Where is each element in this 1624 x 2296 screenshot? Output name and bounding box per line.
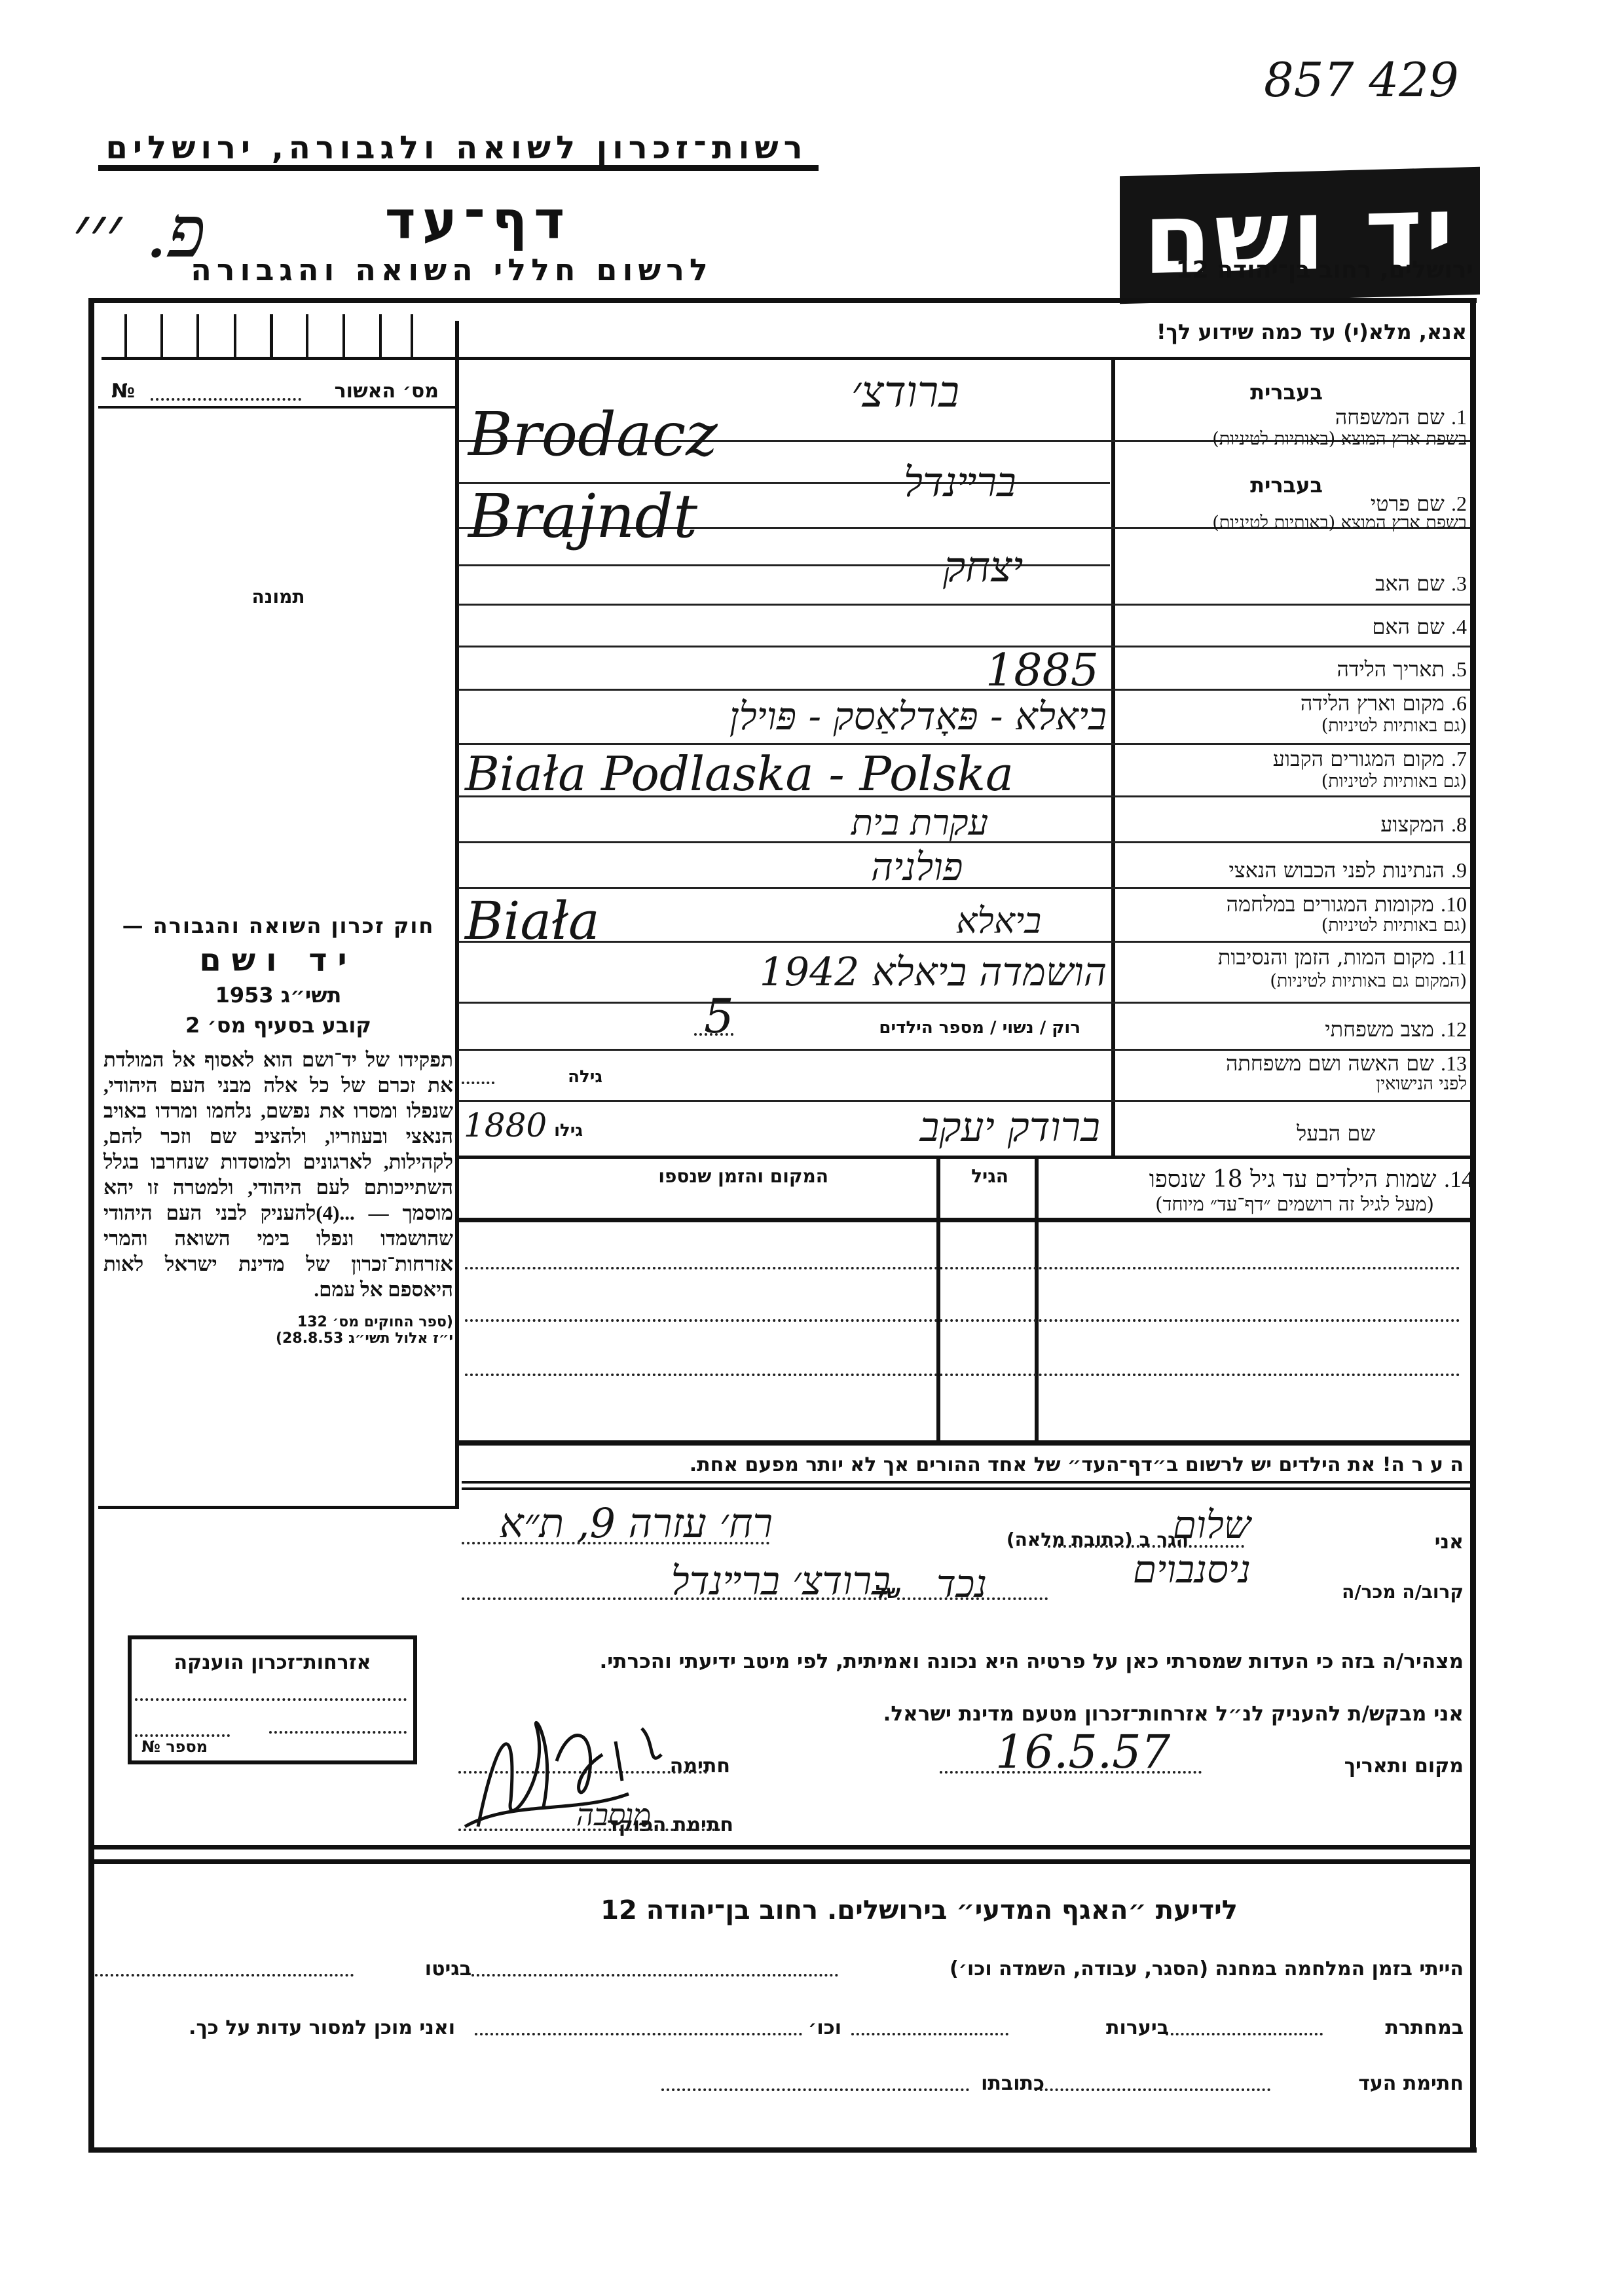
death-place-value[interactable]: הושמדה ביאלא 1942 bbox=[720, 949, 1107, 995]
form-title: דף־עד bbox=[341, 190, 616, 251]
header-rule bbox=[98, 165, 819, 171]
official-signature[interactable]: מוסבה bbox=[576, 1797, 651, 1832]
first-name-hebrew[interactable]: ברײנדל bbox=[904, 458, 1016, 507]
place-date-value[interactable]: 16.5.57 bbox=[995, 1725, 1170, 1779]
father-name-value[interactable]: יצחק bbox=[943, 543, 1023, 592]
husband-age-value[interactable]: 1880 bbox=[464, 1106, 547, 1144]
wife-age-label: גילה bbox=[568, 1067, 602, 1087]
law-year: תשי״ג 1953 bbox=[98, 983, 458, 1008]
photo-placeholder: תמונה bbox=[98, 586, 458, 608]
children-header-place: המקום והזמן שנספו bbox=[658, 1165, 828, 1187]
birth-date-value[interactable]: 1885 bbox=[986, 645, 1099, 697]
scientific-title: לידיעת ״האגף המדעי״ בירושלים. רחוב בן־יה… bbox=[600, 1895, 1238, 1925]
approval-label: מס׳ האשור bbox=[335, 380, 439, 403]
husband-age-label: גילו bbox=[554, 1121, 583, 1140]
law-title: יד ושם bbox=[98, 942, 458, 979]
citizenship-title: אזרחות־זכרון הוענקה bbox=[132, 1651, 413, 1674]
handwritten-file-number: 857 429 bbox=[1264, 52, 1459, 107]
handwritten-annotation: פ. ׳׳׳ bbox=[72, 190, 206, 274]
wartime-residence-hebrew[interactable]: ביאלא bbox=[956, 900, 1041, 941]
relation-value[interactable]: נכד bbox=[936, 1561, 987, 1606]
no-sign: № bbox=[111, 380, 135, 403]
children-header-age: הגיל bbox=[971, 1165, 1008, 1187]
law-box: חוק זכרון השואה והגבורה — יד ושם תשי״ג 1… bbox=[98, 913, 458, 1347]
nationality-value[interactable]: פולניה bbox=[871, 845, 963, 889]
law-heading: חוק זכרון השואה והגבורה — bbox=[98, 913, 458, 938]
birth-place-value[interactable]: ביאלא - פּאָדלאַסק - פּוילן bbox=[557, 694, 1107, 738]
declaration-request: אני מבקש/ת להעניק לנ״ל אזרחות־זכרון מטעם… bbox=[883, 1702, 1464, 1726]
wartime-residence-latin[interactable]: Biała bbox=[465, 890, 600, 951]
law-footnote: (ספר החוקים מס׳ 132 bbox=[98, 1314, 458, 1330]
form-subtitle: לרשום חללי השואה והגבורה bbox=[157, 252, 747, 287]
instruction: אנא, מלא(י) עד כמה שידוע לך! bbox=[1156, 319, 1467, 344]
marital-options: רוק / נשוי / מספר הילדים bbox=[879, 1018, 1080, 1038]
citizenship-box: אזרחות־זכרון הוענקה № מספר bbox=[128, 1635, 417, 1764]
children-count[interactable]: 5 bbox=[704, 989, 734, 1044]
law-section: קובע בסעיף מס׳ 2 bbox=[98, 1013, 458, 1038]
declaration-statement: מצהיר/ה בזה כי העדות שמסרתי כאן על פרטיה… bbox=[599, 1650, 1464, 1673]
law-footnote-date: י״ז אלול תשי״ג 28.8.53) bbox=[98, 1330, 458, 1347]
children-note: ה ע ר ה! את הילדים יש לרשום ב״דף־העד״ של… bbox=[690, 1453, 1464, 1476]
address: ירושלים, רחוב בן־יהודה 12 bbox=[1120, 257, 1473, 283]
declarant-address[interactable]: רח׳ עזרה 9, ת״א bbox=[275, 1499, 773, 1548]
family-name-latin[interactable]: Brodacz bbox=[468, 399, 718, 469]
profession-value[interactable]: עקרת בית bbox=[851, 802, 988, 843]
permanent-residence-value[interactable]: Biała Podlaska - Polska bbox=[465, 746, 1014, 801]
husband-name-value[interactable]: ברודק יעקב bbox=[720, 1103, 1100, 1152]
of-value[interactable]: ברודצ׳ ברײנדל bbox=[511, 1558, 891, 1604]
family-name-hebrew[interactable]: ברודצ׳ bbox=[851, 367, 959, 418]
law-body: תפקידו של יד־ושם הוא לאסוף אל המולדת את … bbox=[98, 1047, 458, 1302]
children-header-name: 14. שמות הילדים עד גיל 18 שנספו bbox=[1149, 1165, 1473, 1193]
children-header-note: (מעל לגיל זה רושמים ״דף־עד״ מיוחד) bbox=[1155, 1193, 1434, 1216]
citizenship-number-label: № מספר bbox=[141, 1738, 208, 1756]
first-name-latin[interactable]: Brajndt bbox=[468, 481, 697, 551]
organization-name: רשות־זכרון לשואה ולגבורה, ירושלים bbox=[98, 130, 815, 166]
